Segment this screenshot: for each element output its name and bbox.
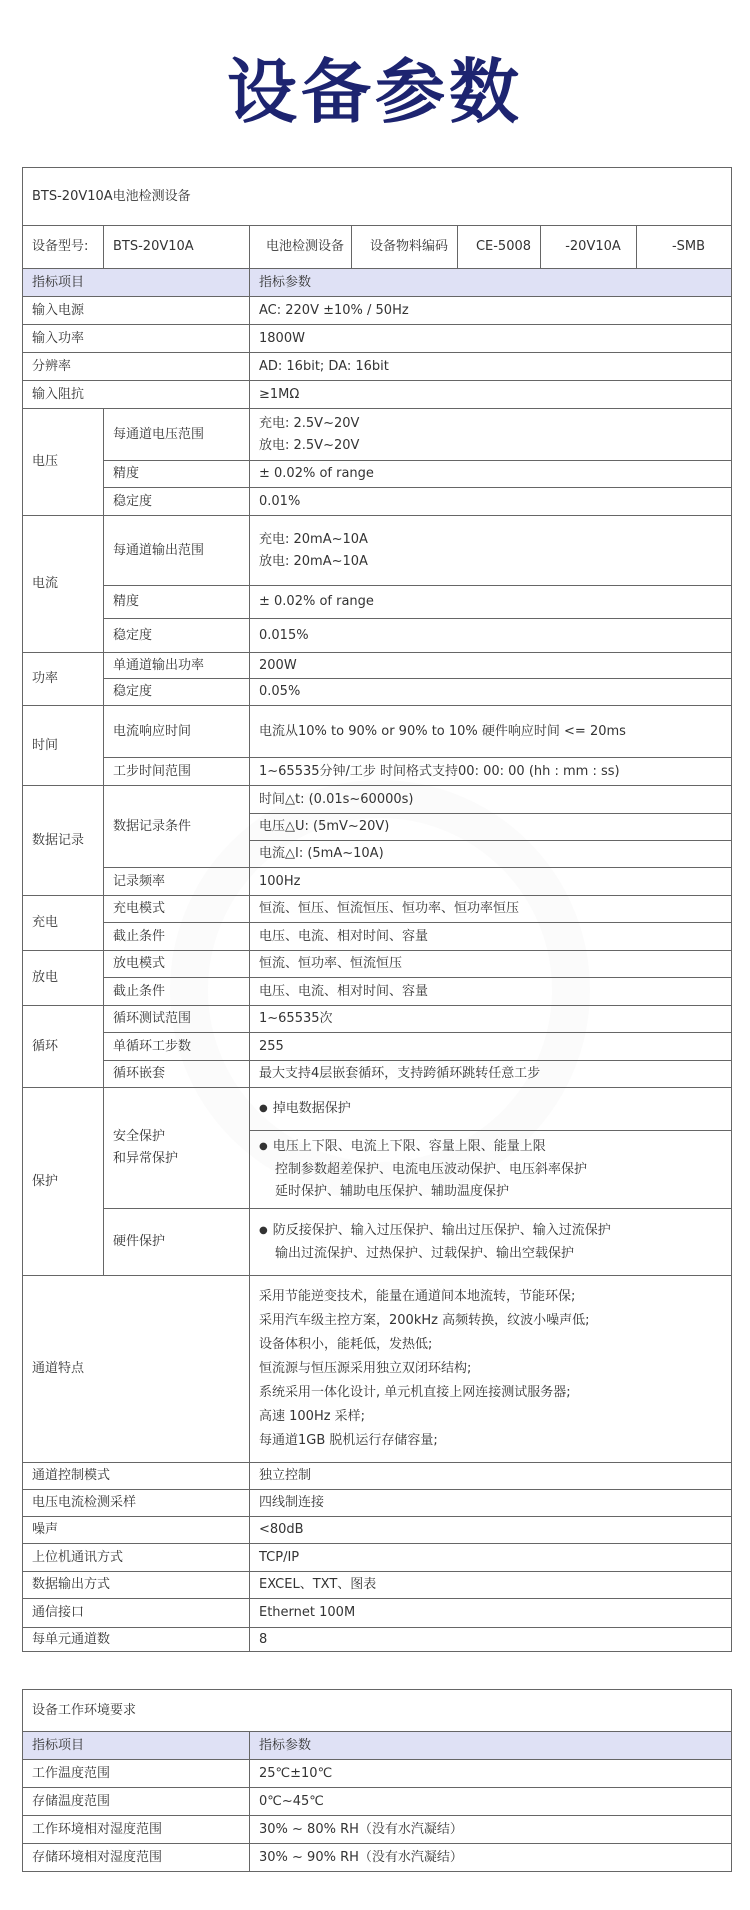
spec-table-title: BTS-20V10A电池检测设备 [23, 168, 732, 226]
current-discharge-range: 放电: 20mA~10A [259, 551, 731, 573]
row-label: 电流响应时间 [104, 706, 250, 758]
row-value: 1~65535分钟/工步 时间格式支持00: 00: 00 (hh : mm :… [250, 758, 732, 786]
row-label: 通道控制模式 [23, 1463, 250, 1490]
table-row: 截止条件 电压、电流、相对时间、容量 [23, 978, 732, 1006]
row-label: 输入电源 [23, 297, 250, 325]
row-label: 存储环境相对湿度范围 [23, 1844, 250, 1872]
row-value: 采用节能逆变技术，能量在通道间本地流转，节能环保; 采用汽车级主控方案，200k… [250, 1276, 732, 1463]
table-row: 时间 电流响应时间 电流从10% to 90% or 90% to 10% 硬件… [23, 706, 732, 758]
table-row: 每单元通道数 8 [23, 1628, 732, 1652]
row-value: AD: 16bit; DA: 16bit [250, 353, 732, 381]
row-value: 恒流、恒功率、恒流恒压 [250, 951, 732, 978]
group-label-data-record: 数据记录 [23, 786, 104, 896]
row-value: 电压、电流、相对时间、容量 [250, 923, 732, 951]
row-value: 1~65535次 [250, 1006, 732, 1033]
table-row: 电压电流检测采样 四线制连接 [23, 1490, 732, 1517]
current-charge-range: 充电: 20mA~10A [259, 529, 731, 551]
model-label: 设备型号: [23, 226, 104, 269]
table-row: 噪声 <80dB [23, 1517, 732, 1544]
table-row: 存储环境相对湿度范围 30% ~ 90% RH（没有水汽凝结） [23, 1844, 732, 1872]
row-value: 充电: 20mA~10A 放电: 20mA~10A [250, 516, 732, 586]
row-label: 输入功率 [23, 325, 250, 353]
feature-line: 采用汽车级主控方案，200kHz 高频转换，纹波小噪声低; [259, 1309, 731, 1333]
row-label: 数据记录条件 [104, 786, 250, 868]
row-label: 每单元通道数 [23, 1628, 250, 1652]
header-param: 指标参数 [250, 269, 732, 297]
row-label: 存储温度范围 [23, 1788, 250, 1816]
table-row: 上位机通讯方式 TCP/IP [23, 1544, 732, 1572]
row-value: AC: 220V ±10% / 50Hz [250, 297, 732, 325]
table-row: 截止条件 电压、电流、相对时间、容量 [23, 923, 732, 951]
header-item: 指标项目 [23, 1732, 250, 1760]
table-row: 循环 循环测试范围 1~65535次 [23, 1006, 732, 1033]
row-value: <80dB [250, 1517, 732, 1544]
row-label: 记录频率 [104, 868, 250, 896]
row-label: 工步时间范围 [104, 758, 250, 786]
group-label-time: 时间 [23, 706, 104, 786]
env-table: 设备工作环境要求 指标项目 指标参数 工作温度范围 25℃±10℃ 存储温度范围… [22, 1689, 732, 1872]
row-value: 0.05% [250, 679, 732, 706]
safety-item-line3: 延时保护、辅助电压保护、辅助温度保护 [259, 1181, 731, 1203]
row-value: 0.01% [250, 488, 732, 516]
safety-item-line1: 电压上下限、电流上下限、容量上限、能量上限 [273, 1139, 546, 1154]
row-value: 0.015% [250, 619, 732, 653]
table-row: 稳定度 0.05% [23, 679, 732, 706]
table-header-row: 指标项目 指标参数 [23, 1732, 732, 1760]
row-label: 工作温度范围 [23, 1760, 250, 1788]
bullet-icon [259, 1223, 273, 1238]
row-label: 电压电流检测采样 [23, 1490, 250, 1517]
material-code-label: 设备物料编码 [352, 226, 458, 269]
table-row: 记录频率 100Hz [23, 868, 732, 896]
row-value: 1800W [250, 325, 732, 353]
group-label-cycle: 循环 [23, 1006, 104, 1088]
safety-item-power-loss: 掉电数据保护 [273, 1101, 351, 1116]
page-title: 设备参数 [0, 52, 750, 132]
row-value: 掉电数据保护 [250, 1088, 732, 1131]
row-value: 30% ~ 90% RH（没有水汽凝结） [250, 1844, 732, 1872]
row-value: ± 0.02% of range [250, 586, 732, 619]
row-value: 最大支持4层嵌套循环，支持跨循环跳转任意工步 [250, 1061, 732, 1088]
row-label: 分辨率 [23, 353, 250, 381]
table-row: 稳定度 0.015% [23, 619, 732, 653]
table-row: 分辨率 AD: 16bit; DA: 16bit [23, 353, 732, 381]
row-label: 每通道输出范围 [104, 516, 250, 586]
table-row: 保护 安全保护 和异常保护 掉电数据保护 [23, 1088, 732, 1131]
row-label: 稳定度 [104, 619, 250, 653]
row-value: Ethernet 100M [250, 1599, 732, 1628]
row-label: 充电模式 [104, 896, 250, 923]
row-label: 上位机通讯方式 [23, 1544, 250, 1572]
row-label: 稳定度 [104, 679, 250, 706]
table-header-row: 指标项目 指标参数 [23, 269, 732, 297]
material-code-part1: CE-5008 [458, 226, 541, 269]
feature-line: 系统采用一体化设计, 单元机直接上网连接测试服务器; [259, 1381, 731, 1405]
row-value: ≥1MΩ [250, 381, 732, 409]
row-value: 200W [250, 653, 732, 679]
row-label: 通信接口 [23, 1599, 250, 1628]
row-label: 工作环境相对湿度范围 [23, 1816, 250, 1844]
row-value: 0℃~45℃ [250, 1788, 732, 1816]
row-value: 30% ~ 80% RH（没有水汽凝结） [250, 1816, 732, 1844]
row-label: 硬件保护 [104, 1209, 250, 1276]
material-code-part3: -SMB [637, 226, 732, 269]
group-label-charge: 充电 [23, 896, 104, 951]
row-value: 充电: 2.5V~20V 放电: 2.5V~20V [250, 409, 732, 461]
table-row: 存储温度范围 0℃~45℃ [23, 1788, 732, 1816]
row-value: 电压△U: (5mV~20V) [250, 814, 732, 841]
row-value: EXCEL、TXT、图表 [250, 1572, 732, 1599]
bullet-icon [259, 1139, 273, 1154]
row-label: 精度 [104, 586, 250, 619]
table-row: 稳定度 0.01% [23, 488, 732, 516]
safety-item-line2: 控制参数超差保护、电流电压波动保护、电压斜率保护 [259, 1159, 731, 1181]
row-value: 电压、电流、相对时间、容量 [250, 978, 732, 1006]
material-code-part2: -20V10A [541, 226, 637, 269]
safety-label-line2: 和异常保护 [113, 1148, 249, 1170]
table-row: 输入阻抗 ≥1MΩ [23, 381, 732, 409]
hardware-line1: 防反接保护、输入过压保护、输出过压保护、输入过流保护 [273, 1223, 611, 1238]
row-value: 电流△I: (5mA~10A) [250, 841, 732, 868]
row-label: 输入阻抗 [23, 381, 250, 409]
group-label-power: 功率 [23, 653, 104, 706]
row-label: 放电模式 [104, 951, 250, 978]
row-value: ± 0.02% of range [250, 461, 732, 488]
current-range-row: 电流 每通道输出范围 充电: 20mA~10A 放电: 20mA~10A [23, 516, 732, 586]
spec-table: BTS-20V10A电池检测设备 设备型号: BTS-20V10A 电池检测设备… [22, 167, 732, 1652]
row-value: 电流从10% to 90% or 90% to 10% 硬件响应时间 <= 20… [250, 706, 732, 758]
env-table-title: 设备工作环境要求 [23, 1690, 732, 1732]
feature-line: 恒流源与恒压源采用独立双闭环结构; [259, 1357, 731, 1381]
row-value: 8 [250, 1628, 732, 1652]
feature-line: 高速 100Hz 采样; [259, 1405, 731, 1429]
table-row: 通道控制模式 独立控制 [23, 1463, 732, 1490]
table-row: 放电 放电模式 恒流、恒功率、恒流恒压 [23, 951, 732, 978]
hardware-line2: 输出过流保护、过热保护、过载保护、输出空载保护 [259, 1243, 731, 1265]
row-value: 时间△t: (0.01s~60000s) [250, 786, 732, 814]
row-value: 255 [250, 1033, 732, 1061]
table-row: 循环嵌套 最大支持4层嵌套循环，支持跨循环跳转任意工步 [23, 1061, 732, 1088]
row-label: 截止条件 [104, 923, 250, 951]
header-param: 指标参数 [250, 1732, 732, 1760]
voltage-discharge-range: 放电: 2.5V~20V [259, 435, 731, 457]
row-value: 电压上下限、电流上下限、容量上限、能量上限 控制参数超差保护、电流电压波动保护、… [250, 1131, 732, 1209]
row-value: 恒流、恒压、恒流恒压、恒功率、恒功率恒压 [250, 896, 732, 923]
row-label: 稳定度 [104, 488, 250, 516]
feature-line: 每通道1GB 脱机运行存储容量; [259, 1429, 731, 1453]
row-label: 通道特点 [23, 1276, 250, 1463]
table-row: 工步时间范围 1~65535分钟/工步 时间格式支持00: 00: 00 (hh… [23, 758, 732, 786]
group-label-discharge: 放电 [23, 951, 104, 1006]
row-value: 防反接保护、输入过压保护、输出过压保护、输入过流保护 输出过流保护、过热保护、过… [250, 1209, 732, 1276]
table-row: 通信接口 Ethernet 100M [23, 1599, 732, 1628]
table-row: 输入电源 AC: 220V ±10% / 50Hz [23, 297, 732, 325]
row-value: 独立控制 [250, 1463, 732, 1490]
row-value: 四线制连接 [250, 1490, 732, 1517]
row-value: 25℃±10℃ [250, 1760, 732, 1788]
row-label: 噪声 [23, 1517, 250, 1544]
voltage-range-row: 电压 每通道电压范围 充电: 2.5V~20V 放电: 2.5V~20V [23, 409, 732, 461]
row-label: 截止条件 [104, 978, 250, 1006]
row-label: 循环嵌套 [104, 1061, 250, 1088]
group-label-protection: 保护 [23, 1088, 104, 1276]
table-row: 单循环工步数 255 [23, 1033, 732, 1061]
model-value: BTS-20V10A [104, 226, 250, 269]
row-label: 精度 [104, 461, 250, 488]
channel-features-row: 通道特点 采用节能逆变技术，能量在通道间本地流转，节能环保; 采用汽车级主控方案… [23, 1276, 732, 1463]
bullet-icon [259, 1101, 273, 1116]
table-row: 精度 ± 0.02% of range [23, 461, 732, 488]
row-label: 单循环工步数 [104, 1033, 250, 1061]
header-item: 指标项目 [23, 269, 250, 297]
row-label: 单通道输出功率 [104, 653, 250, 679]
device-type: 电池检测设备 [250, 226, 352, 269]
table-row: 数据记录 数据记录条件 时间△t: (0.01s~60000s) [23, 786, 732, 814]
table-row: 精度 ± 0.02% of range [23, 586, 732, 619]
row-label: 数据输出方式 [23, 1572, 250, 1599]
row-label: 循环测试范围 [104, 1006, 250, 1033]
row-value: 100Hz [250, 868, 732, 896]
group-label-voltage: 电压 [23, 409, 104, 516]
table-row: 工作环境相对湿度范围 30% ~ 80% RH（没有水汽凝结） [23, 1816, 732, 1844]
table-row: 硬件保护 防反接保护、输入过压保护、输出过压保护、输入过流保护 输出过流保护、过… [23, 1209, 732, 1276]
table-row: 功率 单通道输出功率 200W [23, 653, 732, 679]
table-row: 工作温度范围 25℃±10℃ [23, 1760, 732, 1788]
feature-line: 设备体积小，能耗低，发热低; [259, 1333, 731, 1357]
group-label-current: 电流 [23, 516, 104, 653]
table-row: 数据输出方式 EXCEL、TXT、图表 [23, 1572, 732, 1599]
feature-line: 采用节能逆变技术，能量在通道间本地流转，节能环保; [259, 1285, 731, 1309]
table-row: 输入功率 1800W [23, 325, 732, 353]
model-row: 设备型号: BTS-20V10A 电池检测设备 设备物料编码 CE-5008 -… [23, 226, 732, 269]
safety-label-line1: 安全保护 [113, 1126, 249, 1148]
row-value: TCP/IP [250, 1544, 732, 1572]
row-label-safety: 安全保护 和异常保护 [104, 1088, 250, 1209]
row-label: 每通道电压范围 [104, 409, 250, 461]
table-row: 充电 充电模式 恒流、恒压、恒流恒压、恒功率、恒功率恒压 [23, 896, 732, 923]
voltage-charge-range: 充电: 2.5V~20V [259, 413, 731, 435]
